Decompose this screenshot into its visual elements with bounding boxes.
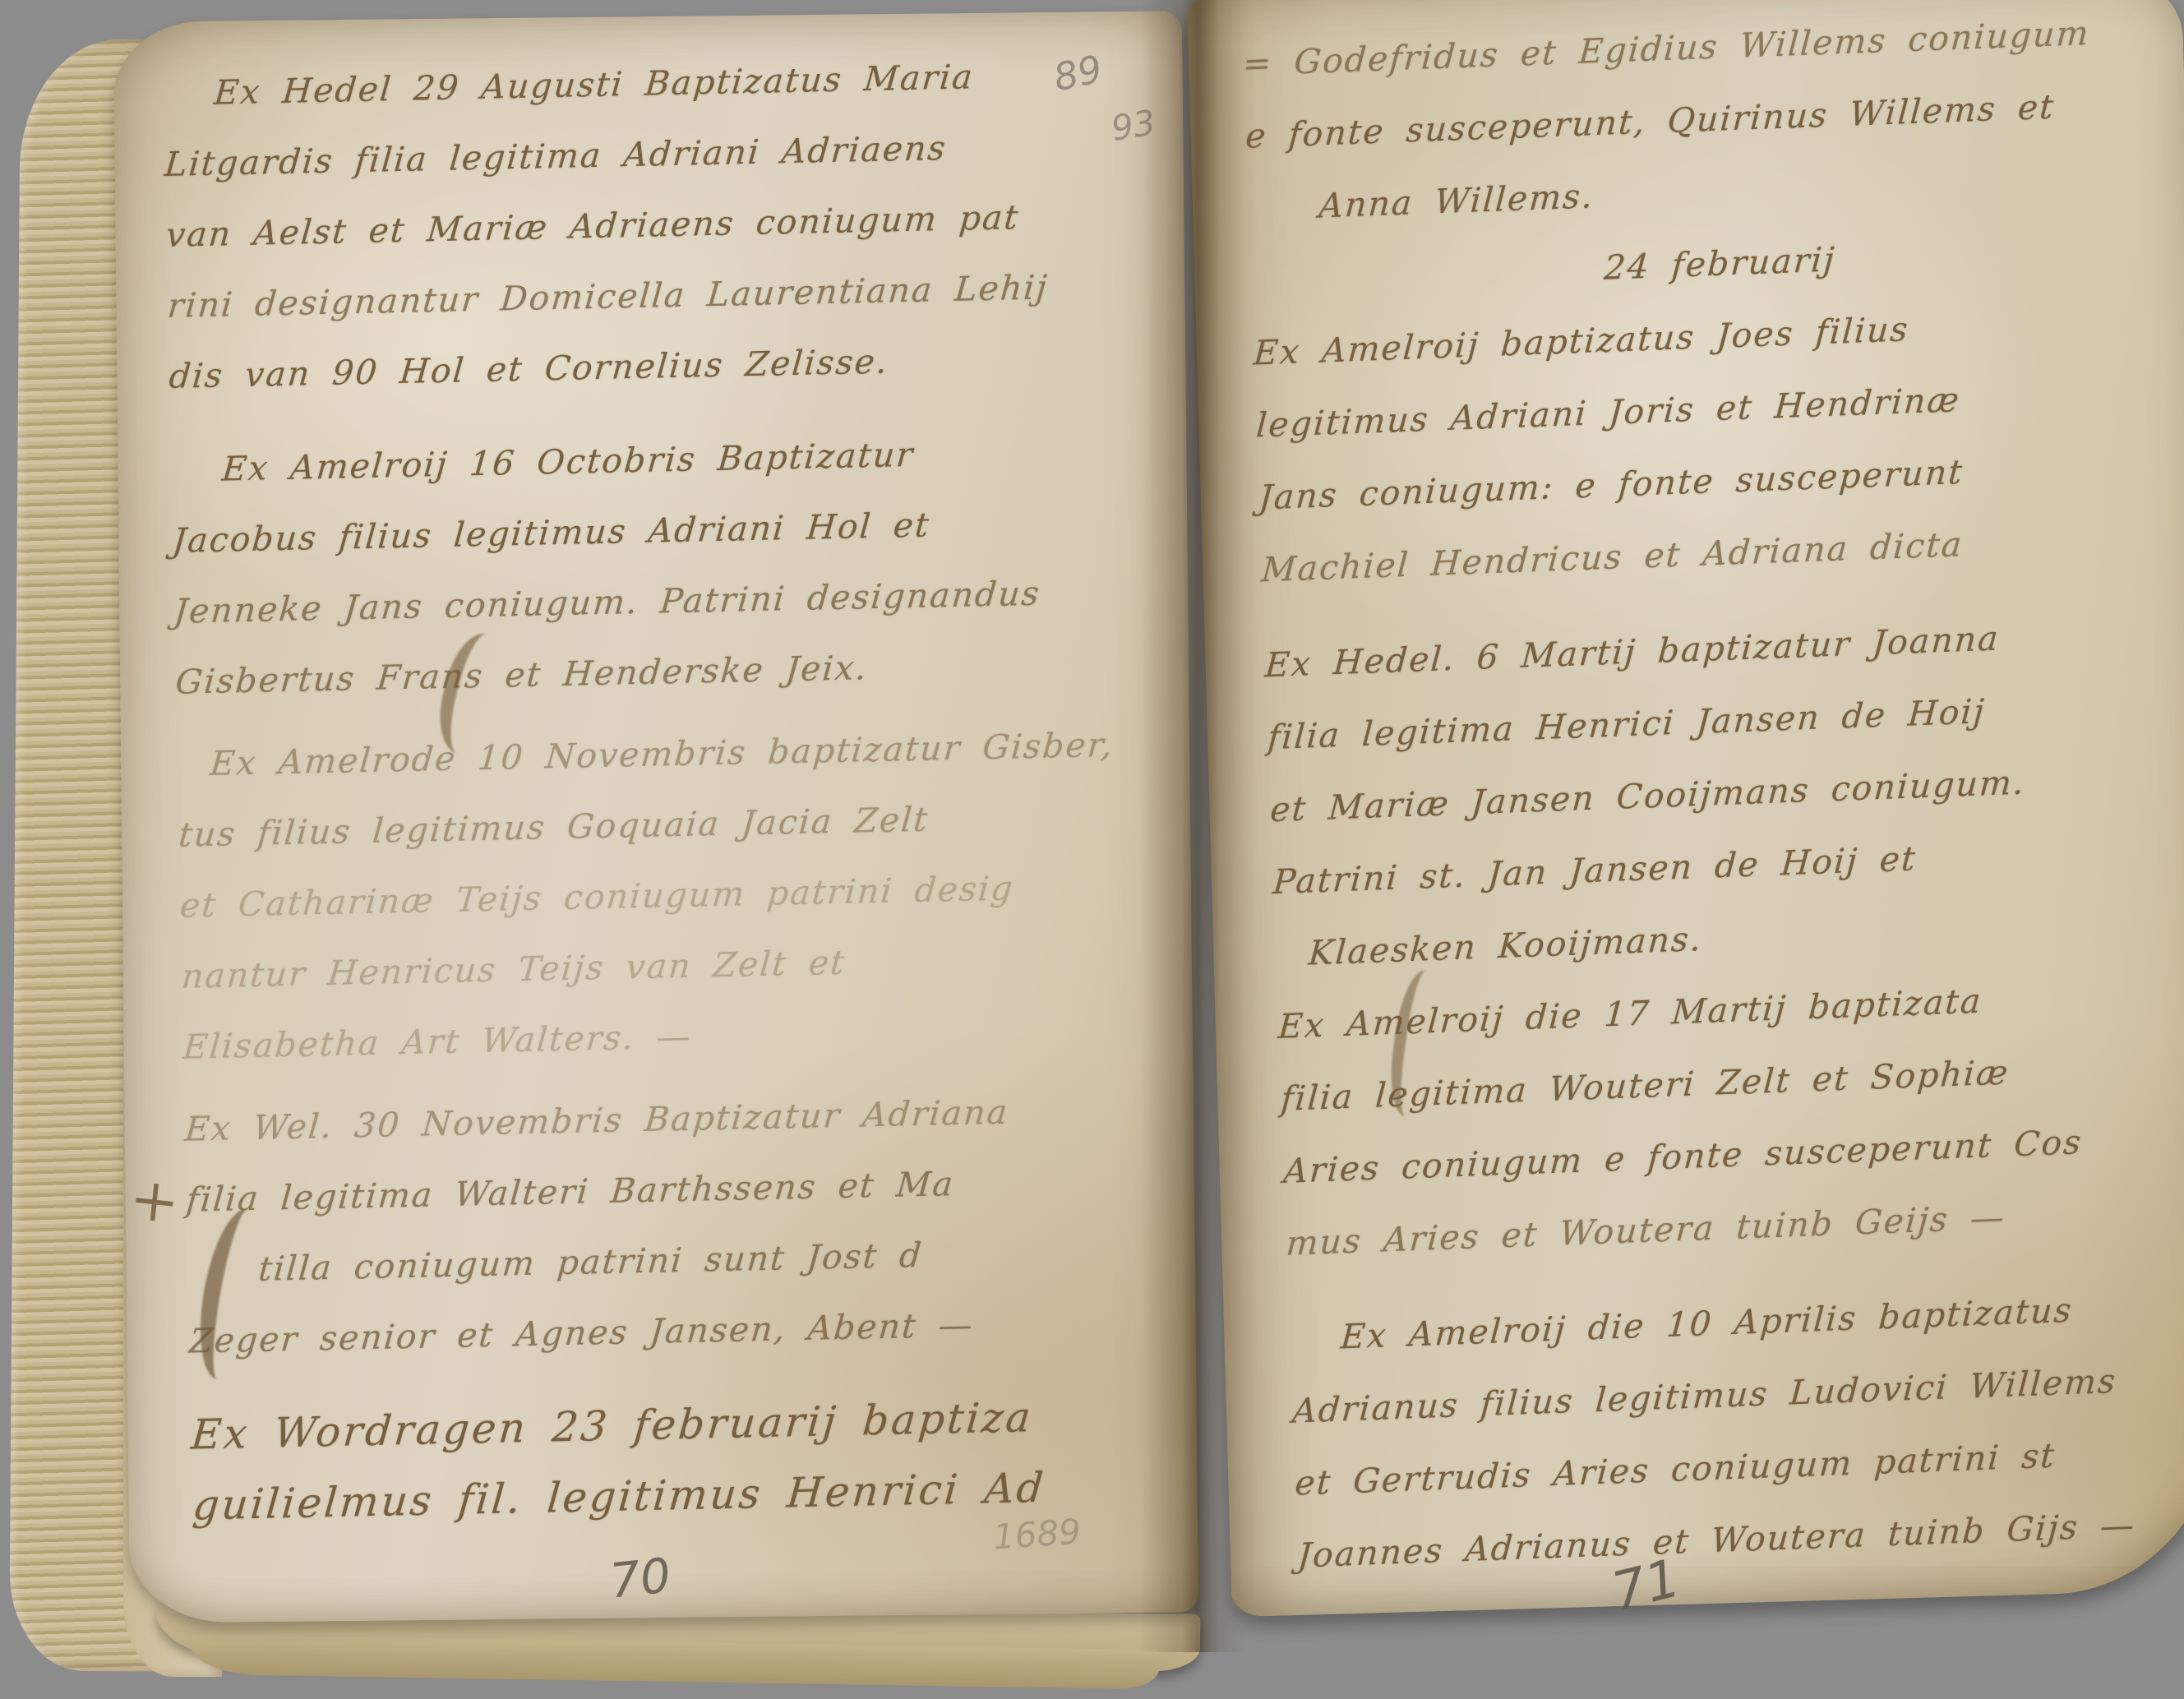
pencil-page-number-left: 70	[607, 1547, 674, 1609]
left-page-text: Ex Hedel 29 Augusti Baptizatus Maria Lit…	[159, 37, 1201, 1540]
pencil-year-mark: 1689	[991, 1511, 1082, 1557]
margin-cross-mark: +	[127, 1163, 183, 1237]
right-page-text: = Godefridus et Egidius Willems coniugum…	[1238, 0, 2184, 1592]
pencil-gutter-mark: 93	[1108, 102, 1157, 149]
manuscript-book: Ex Hedel 29 Augusti Baptizatus Maria Lit…	[0, 0, 2184, 1699]
